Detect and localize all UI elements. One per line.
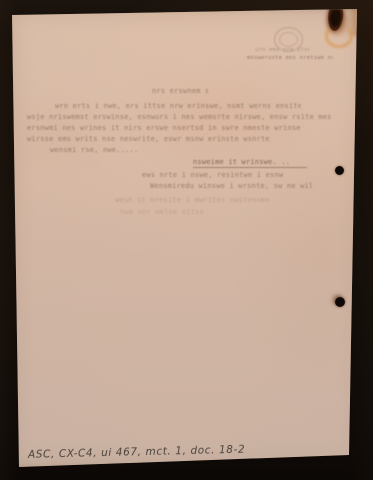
photo-of-document: urn ems nrw itse mnsweruste ens nretswe … xyxy=(0,0,373,480)
illegible-typed-line: ersnwmi nes wrines it nirs erswe nsertsd… xyxy=(27,124,344,132)
faint-round-stamp xyxy=(274,27,303,52)
punch-hole-top xyxy=(335,166,344,175)
illegible-typed-line: Wensmiredu winswe i wrsnte, sw ne wilse xyxy=(150,182,313,190)
burn-scorch-ring xyxy=(325,24,353,48)
smudge-stain xyxy=(329,292,347,308)
illegible-typed-line: wensmi rse, nwe..... xyxy=(50,146,154,154)
handwritten-archive-reference: ASC, CX-C4, ui 467, mct. 1, doc. 18-2 xyxy=(28,443,268,461)
illegible-typed-line: wsje nriswemst erswinse, esnwurs i nes w… xyxy=(27,113,346,121)
illegible-typed-line: ews nrte i nswe, resintwe i esnw xyxy=(142,171,302,179)
punch-hole-bottom xyxy=(335,297,345,307)
illegible-typed-line: mnsweruste ens nretswe nse xyxy=(247,55,333,61)
illegible-typed-heading: nrs erswnem ste. xyxy=(152,87,208,95)
illegible-typed-line: urn ems nrw itse xyxy=(255,47,309,53)
illegible-ghost-line: wesn it nresite i mwrites nwitensme xyxy=(115,196,302,204)
illegible-typed-line: wrn erts i nwe, ers ittse nrw erinswe, n… xyxy=(55,102,301,110)
illegible-ghost-line: nwe snr welse nitse xyxy=(120,208,253,216)
burn-mark xyxy=(327,3,345,31)
illegible-typed-line: wirsse ems writs nse neswrite, eswr msnw… xyxy=(27,135,331,143)
illegible-underlined-heading: nsweime it wrinswe. .. xyxy=(193,158,307,168)
burn-mark-halo xyxy=(320,1,354,43)
paper-sheet: urn ems nrw itse mnsweruste ens nretswe … xyxy=(0,0,373,480)
scorch-stain xyxy=(346,6,358,36)
